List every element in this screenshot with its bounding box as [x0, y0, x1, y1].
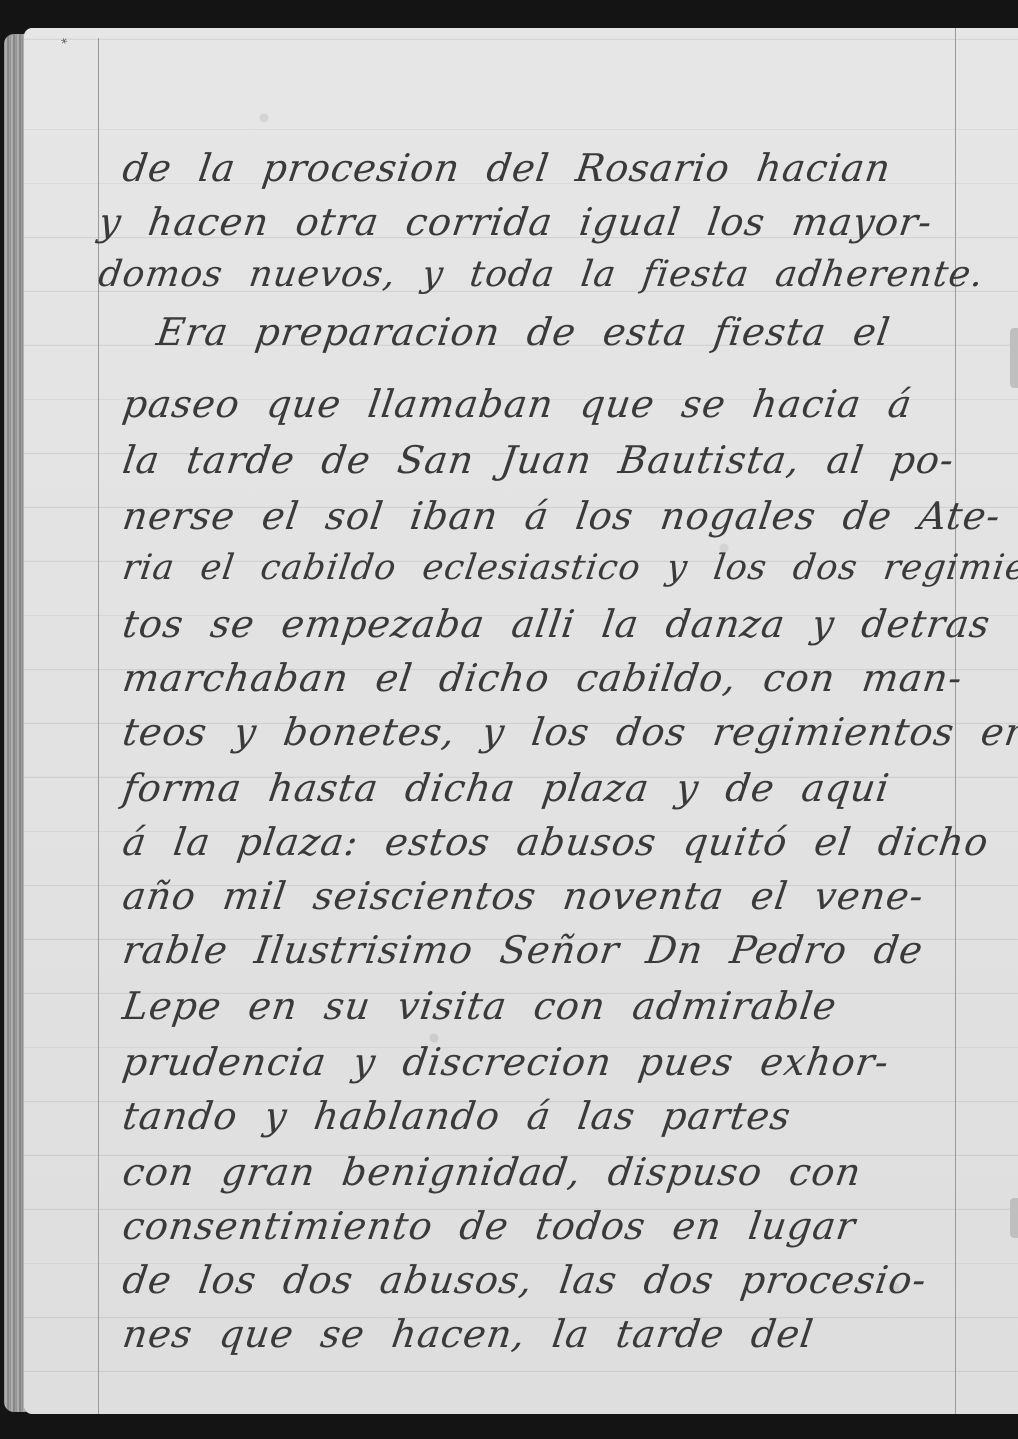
text-line: la tarde de San Juan Bautista, al po- — [120, 438, 957, 482]
text-line: de los dos abusos, las dos procesio- — [120, 1258, 930, 1302]
text-line: tos se empezaba alli la danza y detras — [120, 602, 993, 646]
text-line: domos nuevos, y toda la fiesta adherente… — [96, 254, 986, 295]
text-line: y hacen otra corrida igual los mayor- — [96, 200, 935, 244]
text-line: á la plaza: estos abusos quitó el dicho — [120, 820, 992, 864]
text-line: nerse el sol iban á los nogales de Ate- — [120, 494, 1004, 538]
handwritten-text: de la procesion del Rosario hacian y hac… — [24, 28, 1018, 1414]
text-line: Lepe en su visita con admirable — [120, 984, 840, 1028]
text-line: rable Ilustrisimo Señor Dn Pedro de — [120, 928, 926, 972]
text-line: marchaban el dicho cabildo, con man- — [120, 656, 966, 700]
text-line: prudencia y discrecion pues exhor- — [120, 1040, 892, 1084]
text-line: paseo que llamaban que se hacia á — [120, 382, 915, 426]
text-line: teos y bonetes, y los dos regimientos en — [120, 710, 1018, 754]
text-line: nes que se hacen, la tarde del — [120, 1312, 817, 1356]
text-line: forma hasta dicha plaza y de aqui — [120, 766, 893, 810]
notebook-page: * de la procesion del Rosario hacian y h… — [24, 28, 1018, 1414]
text-line: tando y hablando á las partes — [120, 1094, 794, 1138]
text-line: año mil seiscientos noventa el vene- — [120, 874, 927, 918]
text-line: de la procesion del Rosario hacian — [120, 146, 894, 190]
text-line: ria el cabildo eclesiastico y los dos re… — [120, 548, 1018, 588]
text-line: Era preparacion de esta fiesta el — [154, 310, 893, 354]
scanned-page: * de la procesion del Rosario hacian y h… — [0, 0, 1018, 1439]
text-line: con gran benignidad, dispuso con — [120, 1150, 864, 1194]
text-line: consentimiento de todos en lugar — [120, 1204, 859, 1248]
